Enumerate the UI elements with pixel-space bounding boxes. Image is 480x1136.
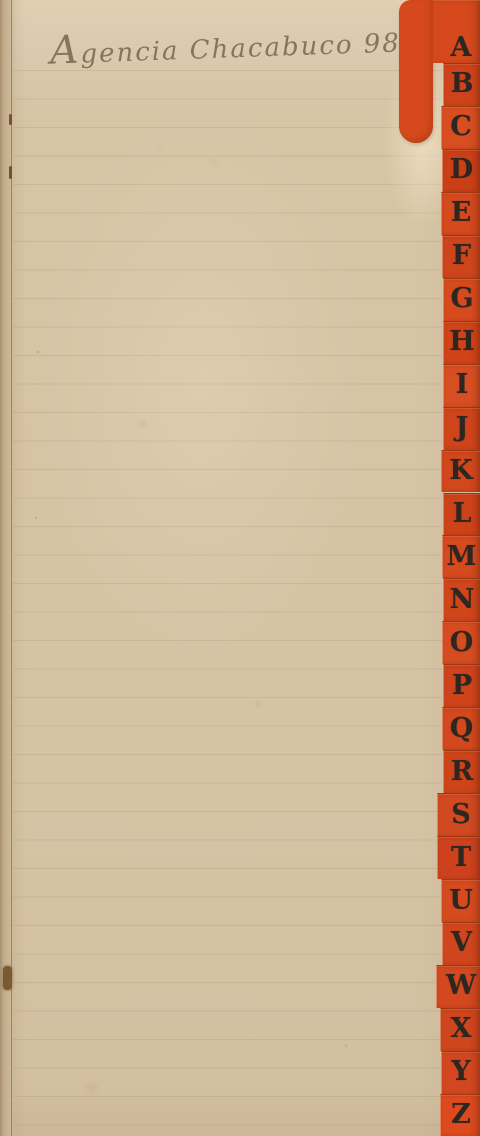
index-tab-letter: R [444,758,480,787]
index-tab-n[interactable]: N [443,578,480,621]
index-tab-letter: C [442,113,480,142]
index-tab-c[interactable]: C [441,106,480,149]
stitch-mark [9,114,12,125]
index-tab-o[interactable]: O [442,621,480,664]
index-tab-letter: H [444,328,480,357]
index-tab-p[interactable]: P [443,664,480,707]
index-tab-letter: Z [442,1101,480,1130]
index-tab-h[interactable]: H [443,321,480,364]
index-tab-a[interactable]: A [433,0,480,63]
index-tab-letter: Q [443,715,480,744]
scanned-ledger-index-page: Agencia Chacabuco 98- ABCDEFGHIJKLMNOPQR… [0,0,480,1136]
index-tab-letter: P [444,672,480,701]
index-tab-q[interactable]: Q [442,707,480,750]
index-tab-letter: B [444,70,480,99]
index-tab-u[interactable]: U [441,879,480,922]
index-tab-d[interactable]: D [442,149,480,192]
index-tab-w[interactable]: W [436,965,480,1008]
index-tab-letter: E [442,199,480,228]
index-tab-t[interactable]: T [437,836,480,879]
index-tab-letter: J [444,414,480,443]
index-tab-letter: U [442,887,480,916]
index-tab-i[interactable]: I [443,364,480,407]
index-tab-letter: V [443,929,480,958]
index-tab-letter: X [442,1015,480,1044]
stitch-knot [3,966,12,990]
index-tab-letter: S [442,801,480,830]
index-tab-letter: N [444,586,480,615]
index-tab-r[interactable]: R [443,750,480,793]
index-tab-x[interactable]: X [440,1008,480,1051]
index-tab-y[interactable]: Y [441,1051,480,1094]
index-tab-b[interactable]: B [443,63,480,106]
index-tab-letter: D [443,156,480,185]
index-tab-letter: F [443,242,480,271]
index-tab-f[interactable]: F [442,235,480,278]
index-tab-letter: K [442,457,480,486]
index-tab-g[interactable]: G [443,278,480,321]
index-tab-k[interactable]: K [441,450,480,493]
tab-column: ABCDEFGHIJKLMNOPQRSTUVWXYZ [398,0,480,1136]
index-tab-letter: I [444,371,480,400]
index-tab-j[interactable]: J [443,407,480,450]
index-tab-letter: T [442,844,480,873]
index-tab-letter: W [442,972,480,1001]
index-tab-s[interactable]: S [437,793,480,836]
index-tab-m[interactable]: M [442,535,480,578]
index-tab-letter: O [443,629,480,658]
index-tab-letter: Y [442,1058,480,1087]
index-tab-letter: L [444,500,480,529]
stitch-mark [9,166,12,179]
index-tab-letter: M [443,543,480,572]
index-tab-z[interactable]: Z [440,1094,480,1136]
index-tab-letter: A [442,34,480,63]
index-tab-l[interactable]: L [443,493,480,536]
index-tab-letter: G [444,285,480,314]
index-tab-v[interactable]: V [442,922,480,965]
index-tab-e[interactable]: E [441,192,480,235]
